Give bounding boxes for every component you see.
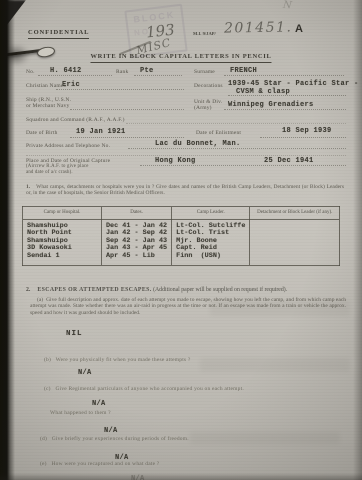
field-rule bbox=[126, 123, 346, 124]
fastener-head bbox=[36, 46, 55, 59]
field-address-value: Lac du Bonnet, Man. bbox=[155, 140, 241, 148]
ml-ref-prefix: M.I. 9/JAP/ bbox=[193, 31, 216, 36]
question-2d-label: (d) bbox=[40, 436, 47, 442]
question-1-text: What camps, detachments or hospitals wer… bbox=[26, 184, 344, 196]
question-2c-text: Give Regimental particulars of anyone wh… bbox=[55, 386, 243, 392]
binding-edge-shadow bbox=[0, 0, 15, 480]
question-2a-text: Give full description and approx. date o… bbox=[30, 297, 346, 316]
field-unit-div-label-line2: (Army) bbox=[194, 105, 212, 111]
table-header-camp: Camp or Hospital. bbox=[23, 207, 102, 220]
question-2c-followup: What happened to them ? bbox=[50, 410, 111, 416]
cell-detachment bbox=[250, 230, 340, 237]
field-no-value: H. 6412 bbox=[50, 67, 82, 75]
field-dob-value: 19 Jan 1921 bbox=[76, 128, 126, 136]
field-rule bbox=[224, 109, 346, 110]
field-unit-div-value: Winnipeg Grenadiers bbox=[228, 101, 314, 109]
field-rule bbox=[224, 75, 344, 76]
question-2d: (d) Give briefly your experiences during… bbox=[40, 436, 189, 442]
field-rule bbox=[70, 137, 184, 138]
camps-table: Camp or Hospital. Dates. Camp Leader. De… bbox=[22, 206, 340, 266]
section-2-note: (Additional paper will be supplied on re… bbox=[153, 287, 287, 293]
field-rule bbox=[134, 75, 182, 76]
answer-2a-nil: NIL bbox=[66, 330, 83, 338]
field-rule bbox=[26, 155, 346, 156]
field-rule bbox=[70, 109, 184, 110]
field-rule bbox=[38, 75, 112, 76]
question-1: 1.What camps, detachments or hospitals w… bbox=[26, 184, 344, 197]
answer-2b: N/A bbox=[78, 369, 92, 377]
cell-camp: Sendai 1 bbox=[23, 253, 102, 266]
confidential-stamp: CONFIDENTIAL bbox=[28, 29, 89, 39]
field-capture-label-line3: and date of a/c crash). bbox=[26, 170, 73, 176]
bottom-edge-shadow bbox=[0, 473, 362, 480]
table-header-row: Camp or Hospital. Dates. Camp Leader. De… bbox=[23, 207, 340, 220]
question-2c-label: (c) bbox=[44, 386, 51, 392]
cell-detachment bbox=[250, 238, 340, 245]
cell-detachment bbox=[250, 253, 340, 266]
table-header-leader: Camp Leader. bbox=[172, 207, 250, 220]
section-2-title: ESCAPES OR ATTEMPTED ESCAPES. bbox=[37, 287, 151, 293]
cell-leader: Finn (USN) bbox=[172, 253, 250, 266]
table-header-dates: Dates. bbox=[101, 207, 171, 220]
field-surname-value: FRENCH bbox=[230, 67, 257, 75]
field-decorations-label: Decorations bbox=[194, 83, 223, 89]
field-squadron-label: Squadron and Command (R.A.F., A.A.F.) bbox=[26, 117, 125, 123]
answer-2c: N/A bbox=[92, 400, 106, 408]
right-edge-shadow bbox=[353, 0, 362, 480]
field-rank-label: Rank bbox=[116, 69, 128, 75]
field-rule bbox=[56, 89, 184, 90]
section-2-number: 2. bbox=[26, 287, 30, 293]
field-rank-value: Pte bbox=[140, 67, 154, 75]
field-address-label: Private Address and Telephone No. bbox=[26, 143, 110, 149]
field-enlistment-label: Date of Enlistment bbox=[196, 130, 241, 136]
question-2e: (e) How were you recaptured and on what … bbox=[40, 461, 159, 467]
section-2-heading: 2.ESCAPES OR ATTEMPTED ESCAPES. (Additio… bbox=[26, 287, 348, 294]
scanned-pow-liberation-questionnaire: CONFIDENTIAL BLOCK NO 193 MISC M.I. 9/JA… bbox=[0, 0, 362, 480]
cell-detachment bbox=[250, 220, 340, 231]
ref-letter: A bbox=[295, 23, 303, 35]
field-enlistment-value: 18 Sep 1939 bbox=[282, 127, 332, 135]
field-capture-place-value: Hong Kong bbox=[155, 157, 196, 165]
field-decorations-value-line1: 1939-45 Star - Pacific Star - bbox=[228, 80, 359, 88]
question-2b-text: Were you physically fit when you made th… bbox=[56, 357, 191, 363]
field-dob-label: Date of Birth bbox=[26, 130, 58, 136]
cell-dates: Apr 45 - Lib bbox=[101, 253, 171, 266]
question-2b-label: (b) bbox=[44, 357, 51, 363]
table-row: Sendai 1 Apr 45 - Lib Finn (USN) bbox=[23, 253, 340, 266]
cell-detachment bbox=[250, 245, 340, 252]
question-2b: (b) Were you physically fit when you mad… bbox=[44, 357, 191, 363]
question-2a: (a) Give full description and approx. da… bbox=[30, 297, 346, 316]
question-2c: (c) Give Regimental particulars of anyon… bbox=[44, 386, 244, 392]
handwritten-ref-number: 201451. bbox=[224, 19, 293, 36]
question-2e-text: How were you recaptured and on what date… bbox=[51, 461, 159, 467]
question-2e-label: (e) bbox=[40, 461, 47, 467]
answer-2c-followup: N/A bbox=[104, 427, 118, 435]
field-capture-date-value: 25 Dec 1941 bbox=[264, 157, 314, 165]
form-heading: WRITE IN BLOCK CAPITAL LETTERS IN PENCIL bbox=[90, 53, 271, 63]
field-rule bbox=[140, 165, 346, 166]
field-no-label: No. bbox=[26, 69, 35, 75]
corner-pencil-mark: N bbox=[282, 0, 292, 11]
field-rule bbox=[228, 95, 346, 96]
field-ship-label-line2: or Merchant Navy bbox=[26, 103, 70, 109]
table-header-detachment: Detachment or Block Leader (if any). bbox=[250, 207, 340, 220]
field-rule bbox=[128, 148, 346, 149]
field-surname-label: Surname bbox=[194, 69, 215, 75]
field-rule bbox=[260, 137, 346, 138]
question-2d-text: Give briefly your experiences during per… bbox=[52, 436, 189, 442]
bleed-through-smudge bbox=[200, 358, 350, 372]
bleed-through-smudge bbox=[190, 432, 340, 444]
field-christian-names-value: Eric bbox=[62, 81, 80, 89]
